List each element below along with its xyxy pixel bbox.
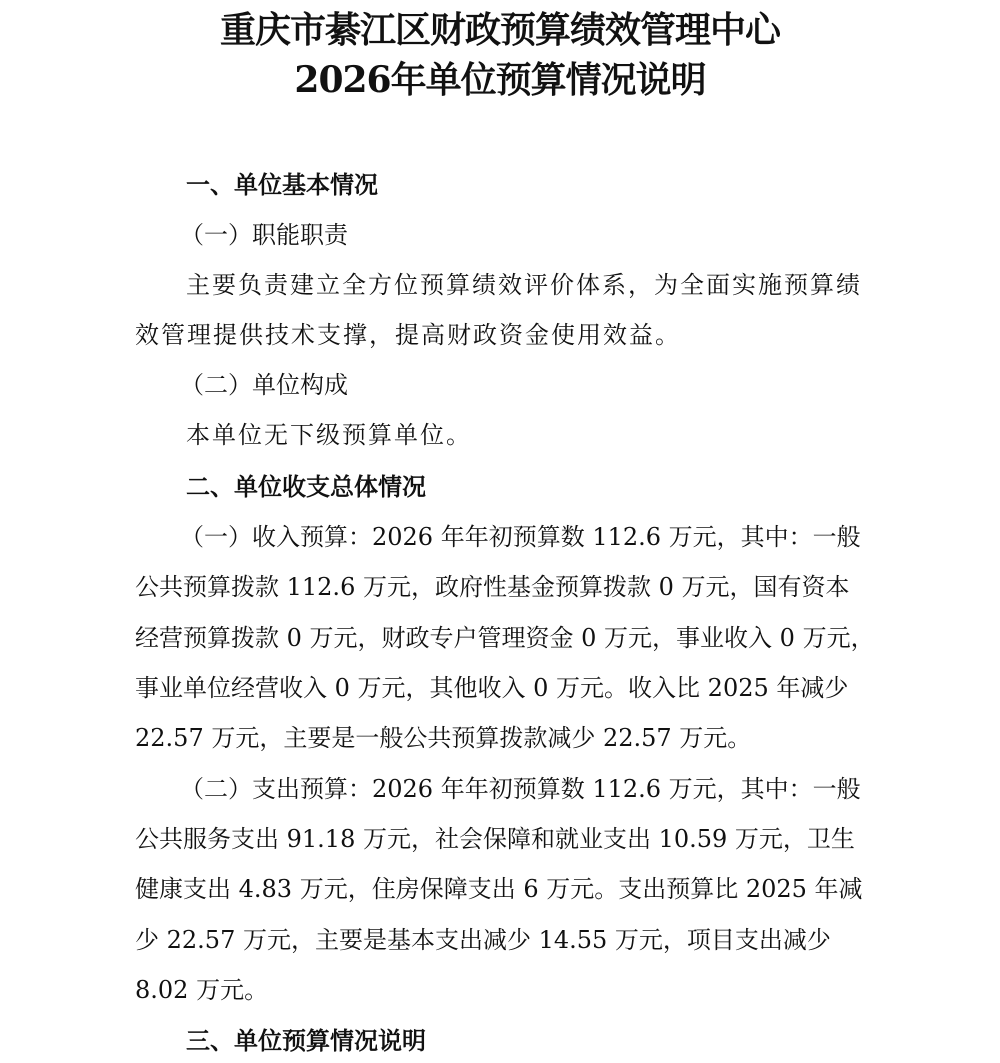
- revenue-paragraph-line: 事业单位经营收入 0 万元，其他收入 0 万元。收入比 2025 年减少: [135, 673, 848, 703]
- expenditure-paragraph-line: 健康支出 4.83 万元，住房保障支出 6 万元。支出预算比 2025 年减: [135, 874, 863, 904]
- section-heading-overall-revenue-expenditure: 二、单位收支总体情况: [186, 472, 426, 502]
- revenue-paragraph-line: 22.57 万元，主要是一般公共预算拨款减少 22.57 万元。: [135, 723, 751, 753]
- paragraph-line: 主要负责建立全方位预算绩效评价体系，为全面实施预算绩: [186, 270, 862, 300]
- document-title-line-2: 2026年单位预算情况说明: [0, 58, 1000, 102]
- document-title-line-1: 重庆市綦江区财政预算绩效管理中心: [0, 8, 1000, 52]
- subsection-heading-functions: （一）职能职责: [180, 220, 348, 250]
- expenditure-paragraph-line: 少 22.57 万元，主要是基本支出减少 14.55 万元，项目支出减少: [135, 925, 831, 955]
- section-heading-basic-info: 一、单位基本情况: [186, 170, 378, 200]
- revenue-paragraph-line: 经营预算拨款 0 万元，财政专户管理资金 0 万元，事业收入 0 万元，: [135, 623, 875, 653]
- revenue-paragraph-line: （一）收入预算：2026 年年初预算数 112.6 万元，其中：一般: [180, 522, 861, 552]
- paragraph-line: 本单位无下级预算单位。: [186, 420, 472, 450]
- expenditure-paragraph-line: （二）支出预算：2026 年年初预算数 112.6 万元，其中：一般: [180, 774, 861, 804]
- paragraph-line: 效管理提供技术支撑，提高财政资金使用效益。: [135, 320, 681, 350]
- expenditure-paragraph-line: 公共服务支出 91.18 万元，社会保障和就业支出 10.59 万元，卫生: [135, 824, 855, 854]
- document-page: 重庆市綦江区财政预算绩效管理中心 2026年单位预算情况说明 一、单位基本情况 …: [0, 0, 1000, 1063]
- expenditure-paragraph-line: 8.02 万元。: [135, 975, 268, 1005]
- subsection-heading-composition: （二）单位构成: [180, 370, 348, 400]
- section-heading-budget-explanation: 三、单位预算情况说明: [186, 1026, 426, 1056]
- revenue-paragraph-line: 公共预算拨款 112.6 万元，政府性基金预算拨款 0 万元，国有资本: [135, 572, 850, 602]
